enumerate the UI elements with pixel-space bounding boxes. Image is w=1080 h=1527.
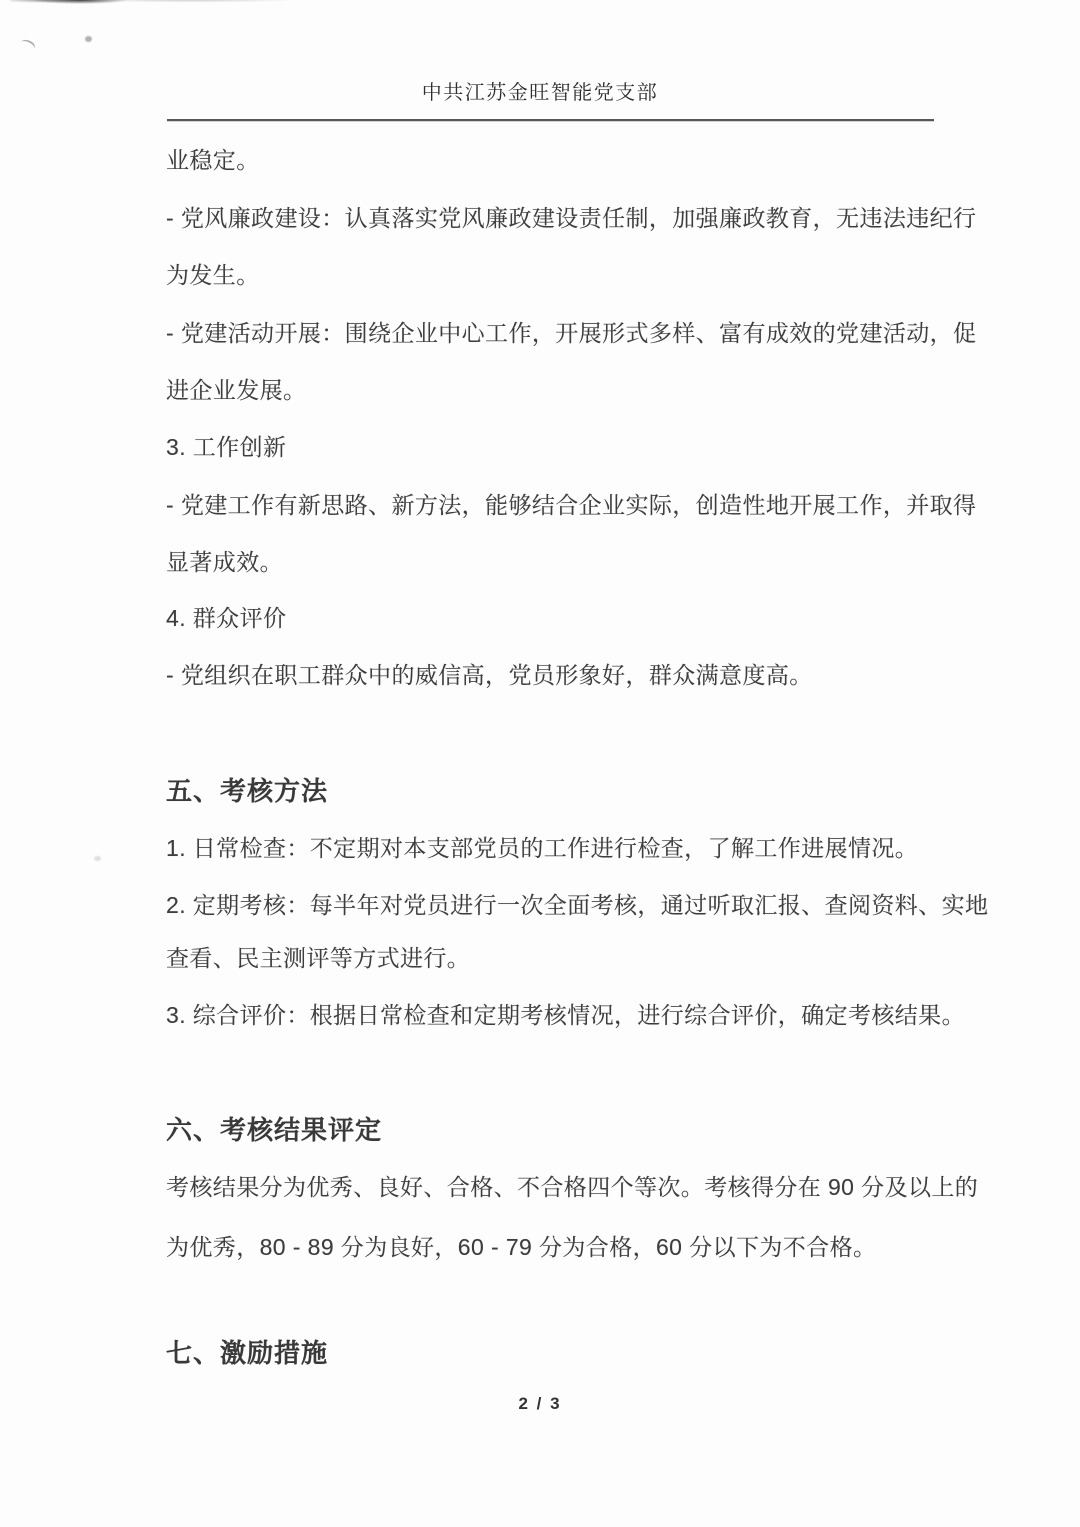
document-line: 为发生。 — [166, 257, 260, 290]
document-line: 4. 群众评价 — [166, 600, 286, 633]
document-line: - 党风廉政建设：认真落实党风廉政建设责任制，加强廉政教育，无违法违纪行 — [166, 200, 976, 233]
scan-mark-faint — [94, 856, 101, 861]
section-heading-incentive-measures: 七、激励措施 — [166, 1333, 328, 1370]
document-line: 考核结果分为优秀、良好、合格、不合格四个等次。考核得分在 90 分及以上的 — [166, 1169, 978, 1202]
document-line: 2. 定期考核：每半年对党员进行一次全面考核，通过听取汇报、查阅资料、实地 — [166, 887, 988, 920]
scan-mark-squiggle — [18, 37, 37, 54]
header-divider-rule — [167, 119, 934, 121]
document-line: 业稳定。 — [166, 142, 260, 175]
scan-smudge-top-edge — [10, 0, 290, 7]
section-heading-assessment-methods: 五、考核方法 — [166, 771, 328, 808]
document-line: 3. 工作创新 — [166, 429, 286, 462]
document-line: 查看、民主测评等方式进行。 — [166, 940, 470, 973]
document-line: - 党建活动开展：围绕企业中心工作，开展形式多样、富有成效的党建活动，促 — [166, 315, 976, 348]
document-header-org-name: 中共江苏金旺智能党支部 — [0, 76, 1080, 105]
document-line: 进企业发展。 — [166, 372, 306, 405]
section-heading-result-rating: 六、考核结果评定 — [166, 1110, 382, 1147]
document-line: 为优秀，80 - 89 分为良好，60 - 79 分为合格，60 分以下为不合格… — [166, 1229, 876, 1262]
scan-mark-dot — [85, 36, 92, 42]
page-number: 2 / 3 — [0, 1394, 1080, 1414]
document-line: 3. 综合评价：根据日常检查和定期考核情况，进行综合评价，确定考核结果。 — [166, 997, 965, 1030]
document-line: - 党建工作有新思路、新方法，能够结合企业实际，创造性地开展工作，并取得 — [166, 487, 976, 520]
document-line: 显著成效。 — [166, 544, 283, 577]
document-line: - 党组织在职工群众中的威信高，党员形象好，群众满意度高。 — [166, 657, 813, 690]
scanned-document-page: 中共江苏金旺智能党支部 业稳定。 - 党风廉政建设：认真落实党风廉政建设责任制，… — [0, 0, 1080, 1527]
document-line: 1. 日常检查：不定期对本支部党员的工作进行检查，了解工作进展情况。 — [166, 830, 918, 863]
